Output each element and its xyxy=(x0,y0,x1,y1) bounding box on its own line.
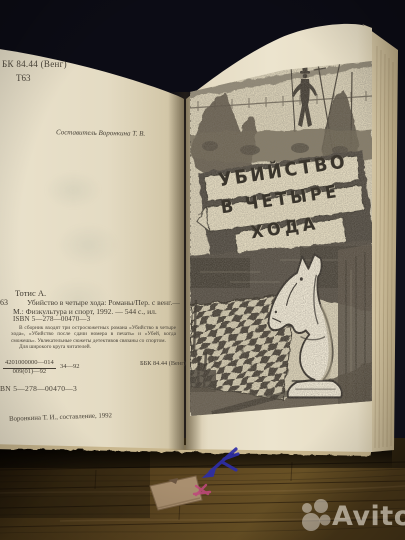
entry-sign: 63 xyxy=(0,299,8,307)
catalog-suffix: 34—92 xyxy=(60,364,80,371)
isbn-bottom: BN 5—278—00470—3 xyxy=(0,385,77,393)
book-photo: БК 84.44 (Венг) Т63 Составитель Воронкин… xyxy=(0,0,405,540)
bbk-code-bottom: ББК 84.44 (Венг) xyxy=(140,361,186,368)
avito-watermark: Avito xyxy=(332,501,405,532)
author-sign: Т63 xyxy=(16,74,31,83)
annotation-block: В сборник входят три остросюжетных роман… xyxy=(11,325,176,350)
bbk-code-top: БК 84.44 (Венг) xyxy=(2,60,67,69)
annotation-paragraph-2: Для широкого круга читателей. xyxy=(11,344,176,350)
catalog-formula: 4201000000—014 009(01)—92 xyxy=(3,360,56,376)
compiler-line: Составитель Воронкина Т. В. xyxy=(56,129,145,138)
catalog-denominator: 009(01)—92 xyxy=(3,369,56,376)
entry-line-1: Убийство в четыре хода: Романы/Пер. с ве… xyxy=(27,299,180,307)
author-heading: Тотис А. xyxy=(15,289,46,298)
annotation-paragraph-1: В сборник входят три остросюжетных роман… xyxy=(11,325,176,344)
isbn-line: ISBN 5—278—00470—3 xyxy=(13,316,90,323)
